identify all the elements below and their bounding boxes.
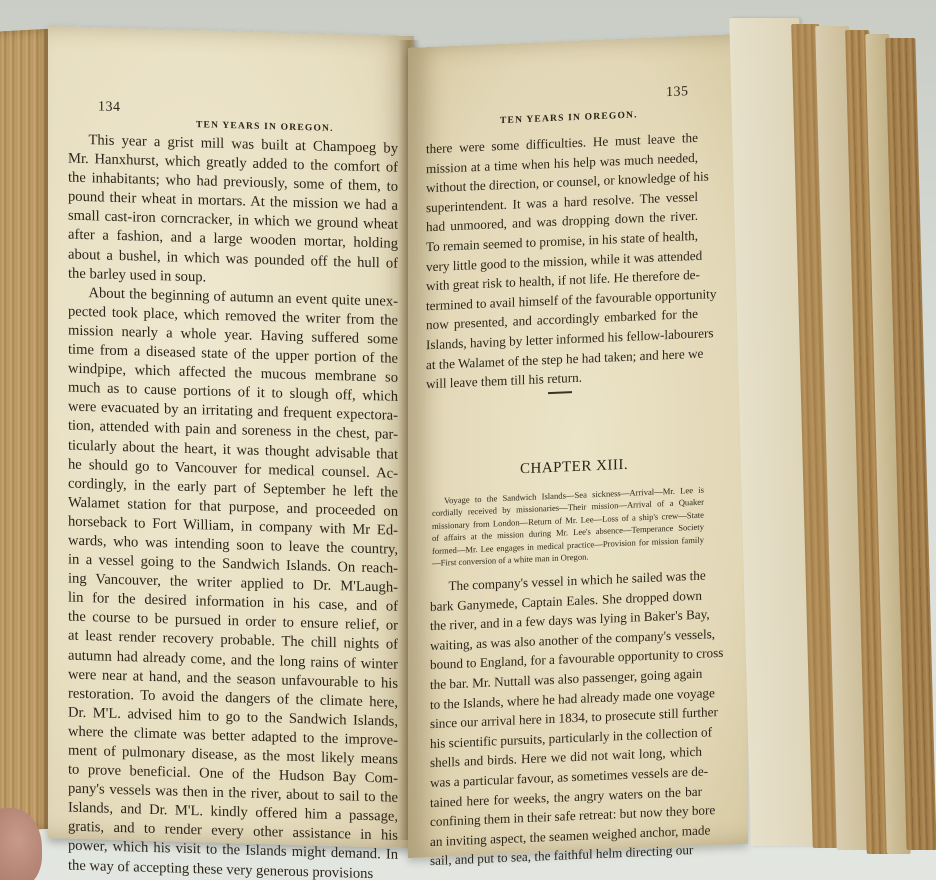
- chapter-synopsis: Voyage to the Sandwich Islands—Sea sickn…: [432, 484, 704, 570]
- right-page-body-bottom: The company's vessel in which he sailed …: [430, 566, 702, 871]
- left-page-body: This year a grist mill was built at Cham…: [68, 131, 398, 880]
- page-number-left: 134: [98, 99, 121, 116]
- right-page-block-edges: [740, 8, 936, 868]
- right-page-body-top: there were some difficulties. He must le…: [426, 128, 698, 394]
- left-page: 134 TEN YEARS IN OREGON. This year a gri…: [48, 26, 414, 848]
- section-rule: [548, 391, 572, 394]
- page-number-right: 135: [666, 84, 689, 101]
- chapter-title: CHAPTER XIII.: [520, 457, 628, 479]
- running-head-right: TEN YEARS IN OREGON.: [500, 110, 638, 126]
- running-head-left: TEN YEARS IN OREGON.: [196, 120, 334, 134]
- right-page: TEN YEARS IN OREGON. 135 there were some…: [408, 34, 748, 858]
- book-photo: 134 TEN YEARS IN OREGON. This year a gri…: [0, 0, 936, 880]
- left-page-block-edge: [0, 29, 52, 832]
